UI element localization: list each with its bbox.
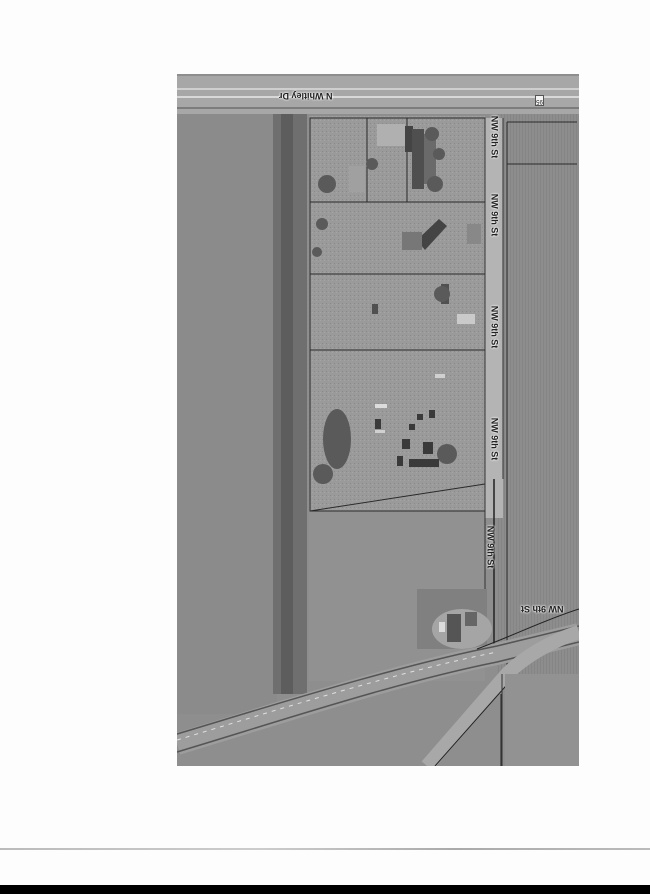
street-label-whitley: N Whitley Dr: [279, 91, 333, 101]
aerial-map[interactable]: N Whitley Dr 95 NW 9th St NW 9th St NW 9…: [177, 74, 579, 766]
street-label-ninth-3: NW 9th St: [489, 306, 499, 349]
map-imagery: [177, 74, 579, 766]
street-label-ninth-6: NW 9th St: [521, 604, 564, 614]
paper-fold-line: [0, 848, 650, 850]
street-label-ninth-2: NW 9th St: [489, 194, 499, 237]
street-label-ninth-5: NW 9th St: [485, 526, 495, 569]
scanner-edge: [0, 885, 650, 894]
street-label-ninth-4: NW 9th St: [489, 418, 499, 461]
route-shield-icon: 95: [535, 95, 544, 106]
street-label-ninth-1: NW 9th St: [489, 116, 499, 159]
